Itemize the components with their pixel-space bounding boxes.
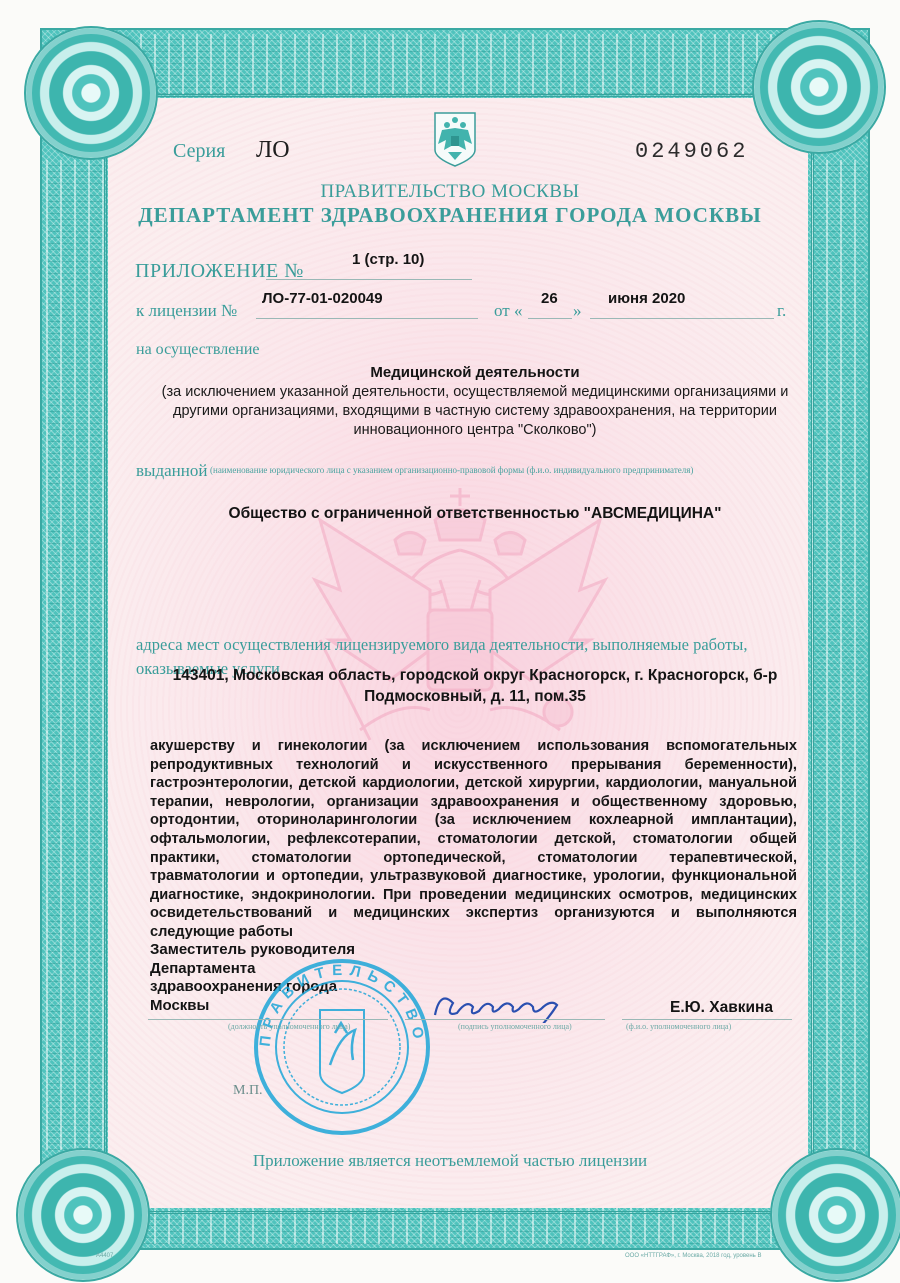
appendix-underline bbox=[266, 279, 472, 280]
license-underline bbox=[256, 318, 478, 319]
month-underline bbox=[590, 318, 774, 319]
rosette-icon bbox=[24, 26, 158, 160]
form-code: А4407 bbox=[96, 1253, 113, 1259]
government-title: ПРАВИТЕЛЬСТВО МОСКВЫ bbox=[0, 181, 900, 203]
signature-underline bbox=[405, 1019, 605, 1020]
activity-note: (за исключением указанной деятельности, … bbox=[135, 383, 815, 440]
date-month-year-field: июня 2020 bbox=[608, 290, 685, 307]
footer-note: Приложение является неотъемлемой частью … bbox=[0, 1151, 900, 1171]
right-border-band bbox=[812, 160, 864, 1150]
form-number: 0249062 bbox=[635, 139, 748, 164]
seal-label: М.П. bbox=[233, 1083, 263, 1099]
appendix-number-field: 1 (стр. 10) bbox=[352, 251, 424, 268]
issued-hint: (наименование юридического лица с указан… bbox=[210, 465, 693, 475]
license-number-field: ЛО-77-01-020049 bbox=[262, 290, 383, 307]
date-from-label: от « bbox=[494, 301, 522, 321]
caption-position: (должность уполномоченного лица) bbox=[228, 1022, 350, 1031]
top-border-band bbox=[140, 34, 780, 94]
bottom-border-band bbox=[140, 1208, 780, 1244]
series-value: ЛО bbox=[256, 137, 290, 164]
activity-title: Медицинской деятельности bbox=[140, 364, 810, 381]
signer-name: Е.Ю. Хавкина bbox=[670, 999, 773, 1017]
purpose-label: на осуществление bbox=[136, 341, 260, 359]
position-underline bbox=[148, 1019, 388, 1020]
department-title: ДЕПАРТАМЕНТ ЗДРАВООХРАНЕНИЯ ГОРОДА МОСКВ… bbox=[0, 203, 900, 228]
organization-name: Общество с ограниченной ответственностью… bbox=[140, 505, 810, 523]
address-value: 143401, Московская область, городской ок… bbox=[140, 665, 810, 707]
left-border-band bbox=[46, 160, 104, 1150]
license-number-label: к лицензии № bbox=[136, 301, 237, 321]
caption-signature: (подпись уполномоченного лица) bbox=[458, 1022, 572, 1031]
services-list: акушерству и гинекологии (за исключением… bbox=[150, 737, 797, 942]
coat-of-arms-icon bbox=[432, 110, 478, 168]
caption-name: (ф.и.о. уполномоченного лица) bbox=[626, 1022, 731, 1031]
issued-label: выданной bbox=[136, 461, 207, 481]
name-underline bbox=[622, 1019, 792, 1020]
series-label: Серия bbox=[173, 140, 225, 163]
rosette-icon bbox=[752, 20, 886, 154]
year-suffix: г. bbox=[777, 301, 786, 321]
printer-info: ООО «НТТГРАФ», г. Москва, 2018 год, уров… bbox=[625, 1253, 761, 1259]
official-stamp-icon: ПРАВИТЕЛЬСТВО МОСКВЫ bbox=[250, 955, 435, 1140]
date-day-field: 26 bbox=[541, 290, 558, 307]
signature-icon bbox=[425, 983, 615, 1023]
date-close-quote: » bbox=[573, 301, 582, 321]
day-underline bbox=[528, 318, 572, 319]
